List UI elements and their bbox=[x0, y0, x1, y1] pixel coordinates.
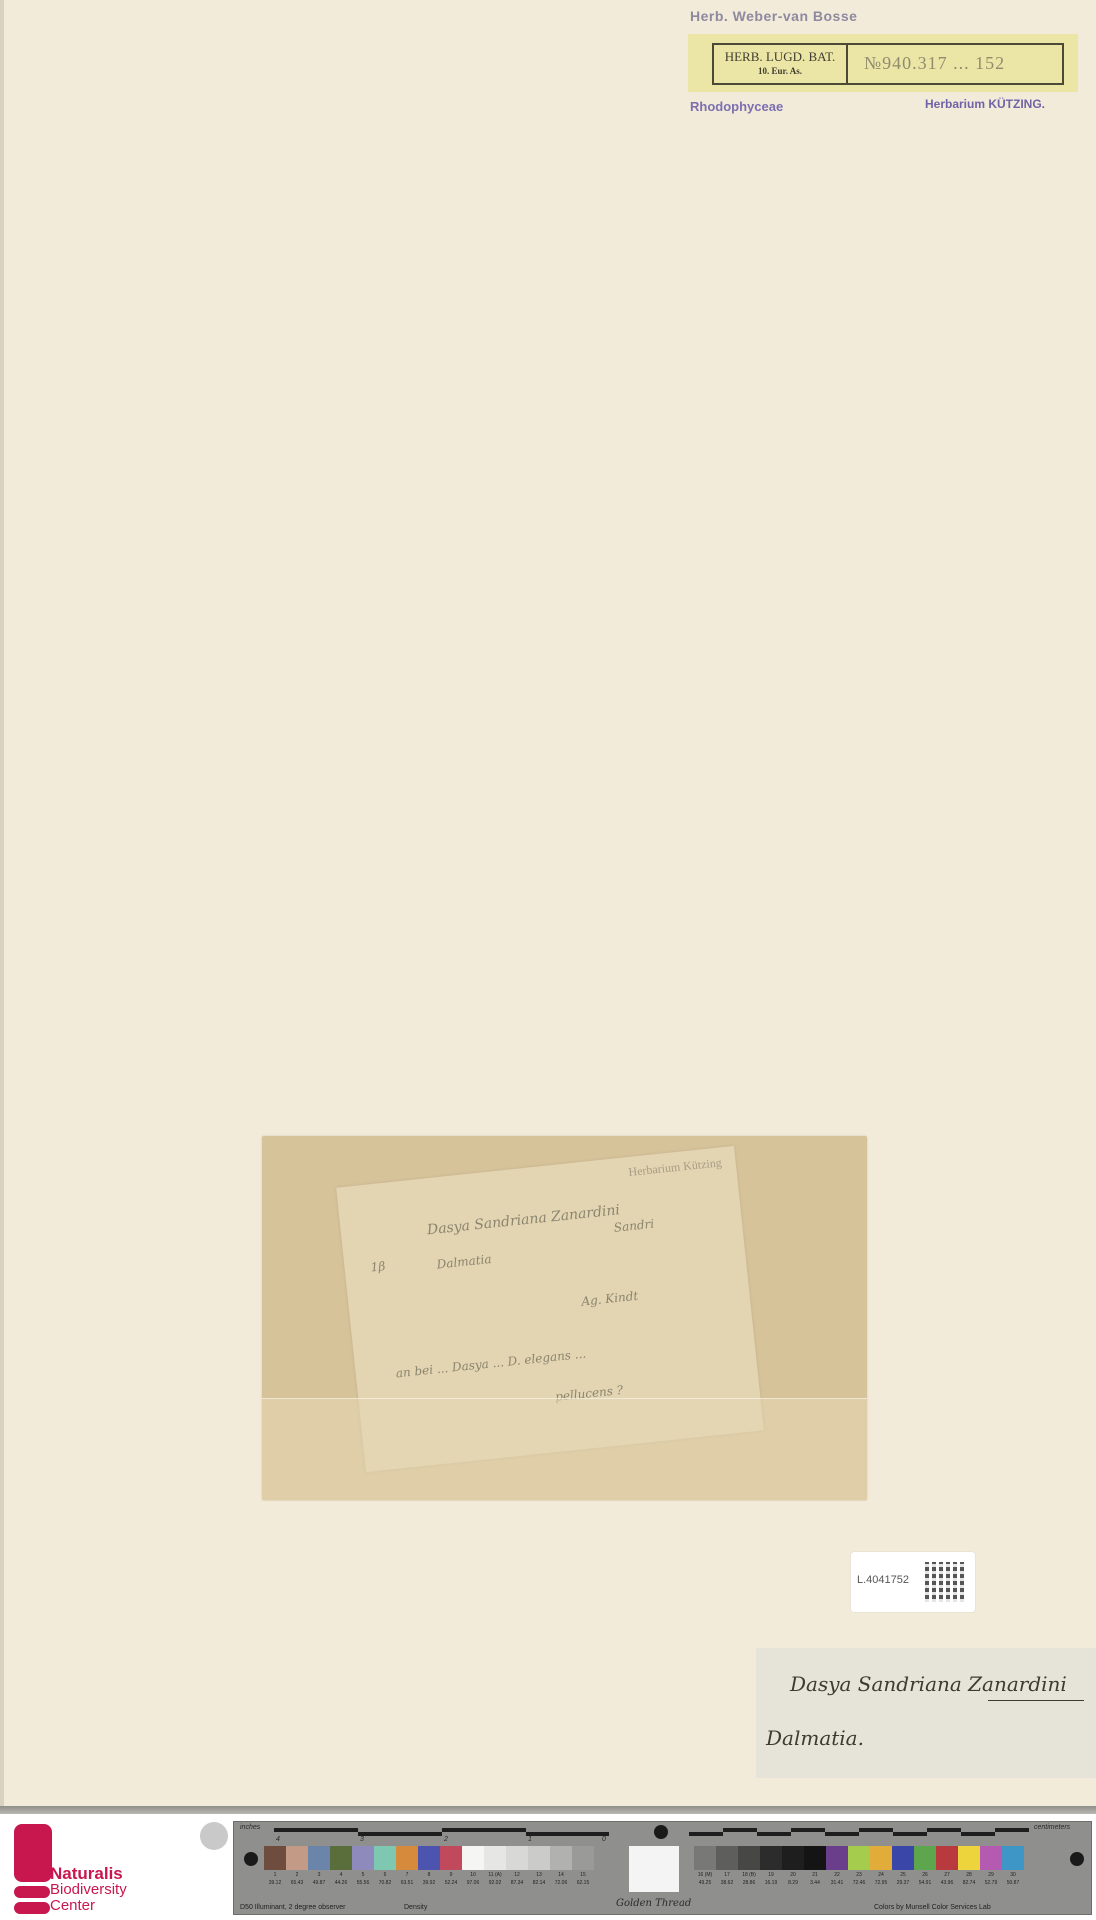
patch-id: 20 bbox=[782, 1872, 804, 1878]
patch-id: 3 bbox=[308, 1872, 330, 1878]
gray-patch bbox=[550, 1846, 572, 1870]
determination-label: Dasya Sandriana Zanardini Dalmatia. bbox=[756, 1648, 1096, 1778]
naturalis-logo: Naturalis Biodiversity Center bbox=[12, 1822, 142, 1912]
ruler-bar bbox=[274, 1828, 358, 1832]
inch-ruler: 4 3 2 1 0 bbox=[274, 1828, 609, 1840]
color-patch bbox=[264, 1846, 286, 1870]
L-value: 70.82 bbox=[374, 1880, 396, 1886]
patch-id: 28 bbox=[958, 1872, 980, 1878]
datamatrix-barcode-icon bbox=[925, 1562, 965, 1602]
collection-number: №940.317 ... 152 bbox=[864, 53, 1005, 74]
gray-patch bbox=[506, 1846, 528, 1870]
gray-patch bbox=[572, 1846, 594, 1870]
institution-name: HERB. LUGD. BAT. bbox=[714, 49, 846, 65]
patch-id: 11 (A) bbox=[484, 1872, 506, 1878]
ruler-bar bbox=[526, 1832, 609, 1836]
L-value: 49.25 bbox=[694, 1880, 716, 1886]
inch-tick: 3 bbox=[360, 1836, 364, 1843]
ruler-bar bbox=[893, 1832, 927, 1836]
herbarium-kutzing-stamp: Herbarium KÜTZING. bbox=[925, 97, 1045, 111]
color-patch bbox=[440, 1846, 462, 1870]
ruler-bar bbox=[927, 1828, 961, 1832]
centimeters-label: centimeters bbox=[1034, 1824, 1070, 1831]
L-value: 50.87 bbox=[1002, 1880, 1024, 1886]
L-value: 72.06 bbox=[550, 1880, 572, 1886]
illuminant-text: D50 Illuminant, 2 degree observer bbox=[240, 1904, 345, 1911]
color-patch bbox=[286, 1846, 308, 1870]
logo-text-center: Center bbox=[50, 1897, 95, 1914]
patch-id: 14 bbox=[550, 1872, 572, 1878]
gray-patch bbox=[462, 1846, 484, 1870]
L-value: 39.92 bbox=[418, 1880, 440, 1886]
L-value: 87.34 bbox=[506, 1880, 528, 1886]
patch-id: 2 bbox=[286, 1872, 308, 1878]
patch-id: 1 bbox=[264, 1872, 286, 1878]
gray-patch bbox=[484, 1846, 506, 1870]
color-patch bbox=[1002, 1846, 1024, 1870]
patch-id: 21 bbox=[804, 1872, 826, 1878]
inch-tick: 2 bbox=[444, 1836, 448, 1843]
right-patch-L-values: 49.25 38.62 28.86 16.19 8.29 3.44 31.41 … bbox=[694, 1880, 1024, 1886]
L-value: 82.74 bbox=[958, 1880, 980, 1886]
card-hole-center bbox=[654, 1825, 668, 1839]
L-value: 39.12 bbox=[264, 1880, 286, 1886]
ruler-bar bbox=[757, 1832, 791, 1836]
patch-id: 27 bbox=[936, 1872, 958, 1878]
herbarium-sheet: Herb. Weber-van Bosse HERB. LUGD. BAT. 1… bbox=[0, 0, 1096, 1806]
gray-patch bbox=[760, 1846, 782, 1870]
patch-id: 7 bbox=[396, 1872, 418, 1878]
logo-text-biodiversity: Biodiversity bbox=[50, 1881, 127, 1898]
catalog-number: L.4041752 bbox=[857, 1574, 909, 1586]
resolution-target bbox=[629, 1846, 679, 1892]
gray-patch bbox=[738, 1846, 760, 1870]
gray-patch bbox=[782, 1846, 804, 1870]
institution-subtitle: 10. Eur. As. bbox=[714, 66, 846, 76]
L-value: 72.46 bbox=[848, 1880, 870, 1886]
sheet-edge bbox=[0, 0, 4, 1806]
patch-id: 25 bbox=[892, 1872, 914, 1878]
L-value: 92.02 bbox=[484, 1880, 506, 1886]
left-patch-values: 1 2 3 4 5 6 7 8 9 10 11 (A) 12 13 14 15 bbox=[264, 1872, 594, 1878]
card-hole-left bbox=[244, 1852, 258, 1866]
patch-id: 16 (M) bbox=[694, 1872, 716, 1878]
collection-label-institution: HERB. LUGD. BAT. 10. Eur. As. bbox=[714, 45, 848, 83]
color-patch bbox=[914, 1846, 936, 1870]
L-value: 44.26 bbox=[330, 1880, 352, 1886]
munsell-credit: Colors by Munsell Color Services Lab bbox=[874, 1904, 991, 1911]
inch-tick: 1 bbox=[528, 1836, 532, 1843]
determination-locality: Dalmatia. bbox=[766, 1726, 864, 1750]
golden-thread-brand: Golden Thread bbox=[616, 1898, 691, 1909]
L-value: 31.41 bbox=[826, 1880, 848, 1886]
inch-tick: 4 bbox=[276, 1836, 280, 1843]
patch-id: 30 bbox=[1002, 1872, 1024, 1878]
color-patch bbox=[308, 1846, 330, 1870]
density-label: Density bbox=[404, 1904, 427, 1911]
envelope-stamp: Herbarium Kützing bbox=[628, 1155, 723, 1180]
envelope-flap bbox=[262, 1398, 867, 1501]
color-patch bbox=[396, 1846, 418, 1870]
patch-id: 26 bbox=[914, 1872, 936, 1878]
logo-bar-icon bbox=[14, 1902, 50, 1914]
L-value: 82.14 bbox=[528, 1880, 550, 1886]
L-value: 29.37 bbox=[892, 1880, 914, 1886]
L-value: 49.87 bbox=[308, 1880, 330, 1886]
color-patch bbox=[980, 1846, 1002, 1870]
left-patch-L-values: 39.12 65.43 49.87 44.26 55.56 70.82 63.5… bbox=[264, 1880, 594, 1886]
ruler-bar bbox=[995, 1828, 1029, 1832]
patch-id: 23 bbox=[848, 1872, 870, 1878]
L-value: 3.44 bbox=[804, 1880, 826, 1886]
naturalis-n-icon bbox=[14, 1824, 52, 1882]
L-value: 63.51 bbox=[396, 1880, 418, 1886]
handwriting-line: Ag. Kindt bbox=[581, 1289, 639, 1309]
specimen-envelope: Herbarium Kützing Dasya Sandriana Zanard… bbox=[262, 1136, 867, 1500]
rhodophyceae-stamp: Rhodophyceae bbox=[690, 99, 783, 114]
determination-taxon: Dasya Sandriana Zanardini bbox=[790, 1672, 1067, 1696]
handwriting-line: 1β bbox=[370, 1259, 386, 1274]
color-patch bbox=[418, 1846, 440, 1870]
gray-patch bbox=[804, 1846, 826, 1870]
cm-ruler bbox=[689, 1828, 1029, 1840]
patch-id: 9 bbox=[440, 1872, 462, 1878]
ruler-bar bbox=[723, 1828, 757, 1832]
ruler-bar bbox=[825, 1832, 859, 1836]
color-patch bbox=[330, 1846, 352, 1870]
patch-id: 12 bbox=[506, 1872, 528, 1878]
ruler-bar bbox=[442, 1828, 526, 1832]
color-patch bbox=[958, 1846, 980, 1870]
L-value: 55.56 bbox=[352, 1880, 374, 1886]
collection-label-frame: HERB. LUGD. BAT. 10. Eur. As. №940.317 .… bbox=[712, 43, 1064, 85]
color-patch bbox=[826, 1846, 848, 1870]
patch-id: 15 bbox=[572, 1872, 594, 1878]
collection-label: HERB. LUGD. BAT. 10. Eur. As. №940.317 .… bbox=[688, 34, 1078, 92]
ruler-bar bbox=[791, 1828, 825, 1832]
patch-id: 29 bbox=[980, 1872, 1002, 1878]
color-patch bbox=[352, 1846, 374, 1870]
patch-id: 24 bbox=[870, 1872, 892, 1878]
right-color-patches bbox=[694, 1846, 1024, 1870]
handwriting-line: Sandri bbox=[613, 1217, 655, 1235]
inches-label: inches bbox=[240, 1824, 260, 1831]
patch-id: 13 bbox=[528, 1872, 550, 1878]
patch-id: 18 (B) bbox=[738, 1872, 760, 1878]
L-value: 97.06 bbox=[462, 1880, 484, 1886]
L-value: 52.79 bbox=[980, 1880, 1002, 1886]
L-value: 38.62 bbox=[716, 1880, 738, 1886]
color-patch bbox=[374, 1846, 396, 1870]
patch-id: 19 bbox=[760, 1872, 782, 1878]
logo-bar-icon bbox=[14, 1886, 50, 1898]
L-value: 54.91 bbox=[914, 1880, 936, 1886]
ruler-bar bbox=[358, 1832, 442, 1836]
gray-patch bbox=[716, 1846, 738, 1870]
patch-id: 8 bbox=[418, 1872, 440, 1878]
patch-id: 4 bbox=[330, 1872, 352, 1878]
gray-patch bbox=[528, 1846, 550, 1870]
L-value: 62.15 bbox=[572, 1880, 594, 1886]
gray-patch bbox=[694, 1846, 716, 1870]
L-value: 52.24 bbox=[440, 1880, 462, 1886]
L-value: 43.96 bbox=[936, 1880, 958, 1886]
author-underline bbox=[988, 1700, 1084, 1701]
color-calibration-card: inches 4 3 2 1 0 1 2 3 4 5 6 7 bbox=[233, 1821, 1092, 1915]
L-value: 8.29 bbox=[782, 1880, 804, 1886]
patch-id: 17 bbox=[716, 1872, 738, 1878]
ruler-bar bbox=[689, 1832, 723, 1836]
patch-id: 6 bbox=[374, 1872, 396, 1878]
patch-id: 22 bbox=[826, 1872, 848, 1878]
handwriting-line: Dalmatia bbox=[436, 1252, 492, 1272]
right-patch-values: 16 (M) 17 18 (B) 19 20 21 22 23 24 25 26… bbox=[694, 1872, 1024, 1878]
color-patch bbox=[936, 1846, 958, 1870]
L-value: 16.19 bbox=[760, 1880, 782, 1886]
sheet-bottom-shadow bbox=[0, 1806, 1096, 1814]
ruler-bar bbox=[961, 1832, 995, 1836]
L-value: 65.43 bbox=[286, 1880, 308, 1886]
color-patch bbox=[848, 1846, 870, 1870]
handwriting-line: Dasya Sandriana Zanardini bbox=[426, 1202, 620, 1238]
patch-id: 10 bbox=[462, 1872, 484, 1878]
handwriting-line: an bei ... Dasya ... D. elegans ... bbox=[395, 1347, 587, 1381]
L-value: 28.86 bbox=[738, 1880, 760, 1886]
card-hole-right bbox=[1070, 1852, 1084, 1866]
color-patch bbox=[892, 1846, 914, 1870]
left-color-patches bbox=[264, 1846, 594, 1870]
patch-id: 5 bbox=[352, 1872, 374, 1878]
gray-reference-dot bbox=[200, 1822, 228, 1850]
color-patch bbox=[870, 1846, 892, 1870]
weber-van-bosse-stamp: Herb. Weber-van Bosse bbox=[690, 8, 857, 24]
inch-tick: 0 bbox=[602, 1836, 606, 1843]
barcode-label: L.4041752 bbox=[851, 1552, 975, 1612]
L-value: 72.95 bbox=[870, 1880, 892, 1886]
ruler-bar bbox=[859, 1828, 893, 1832]
